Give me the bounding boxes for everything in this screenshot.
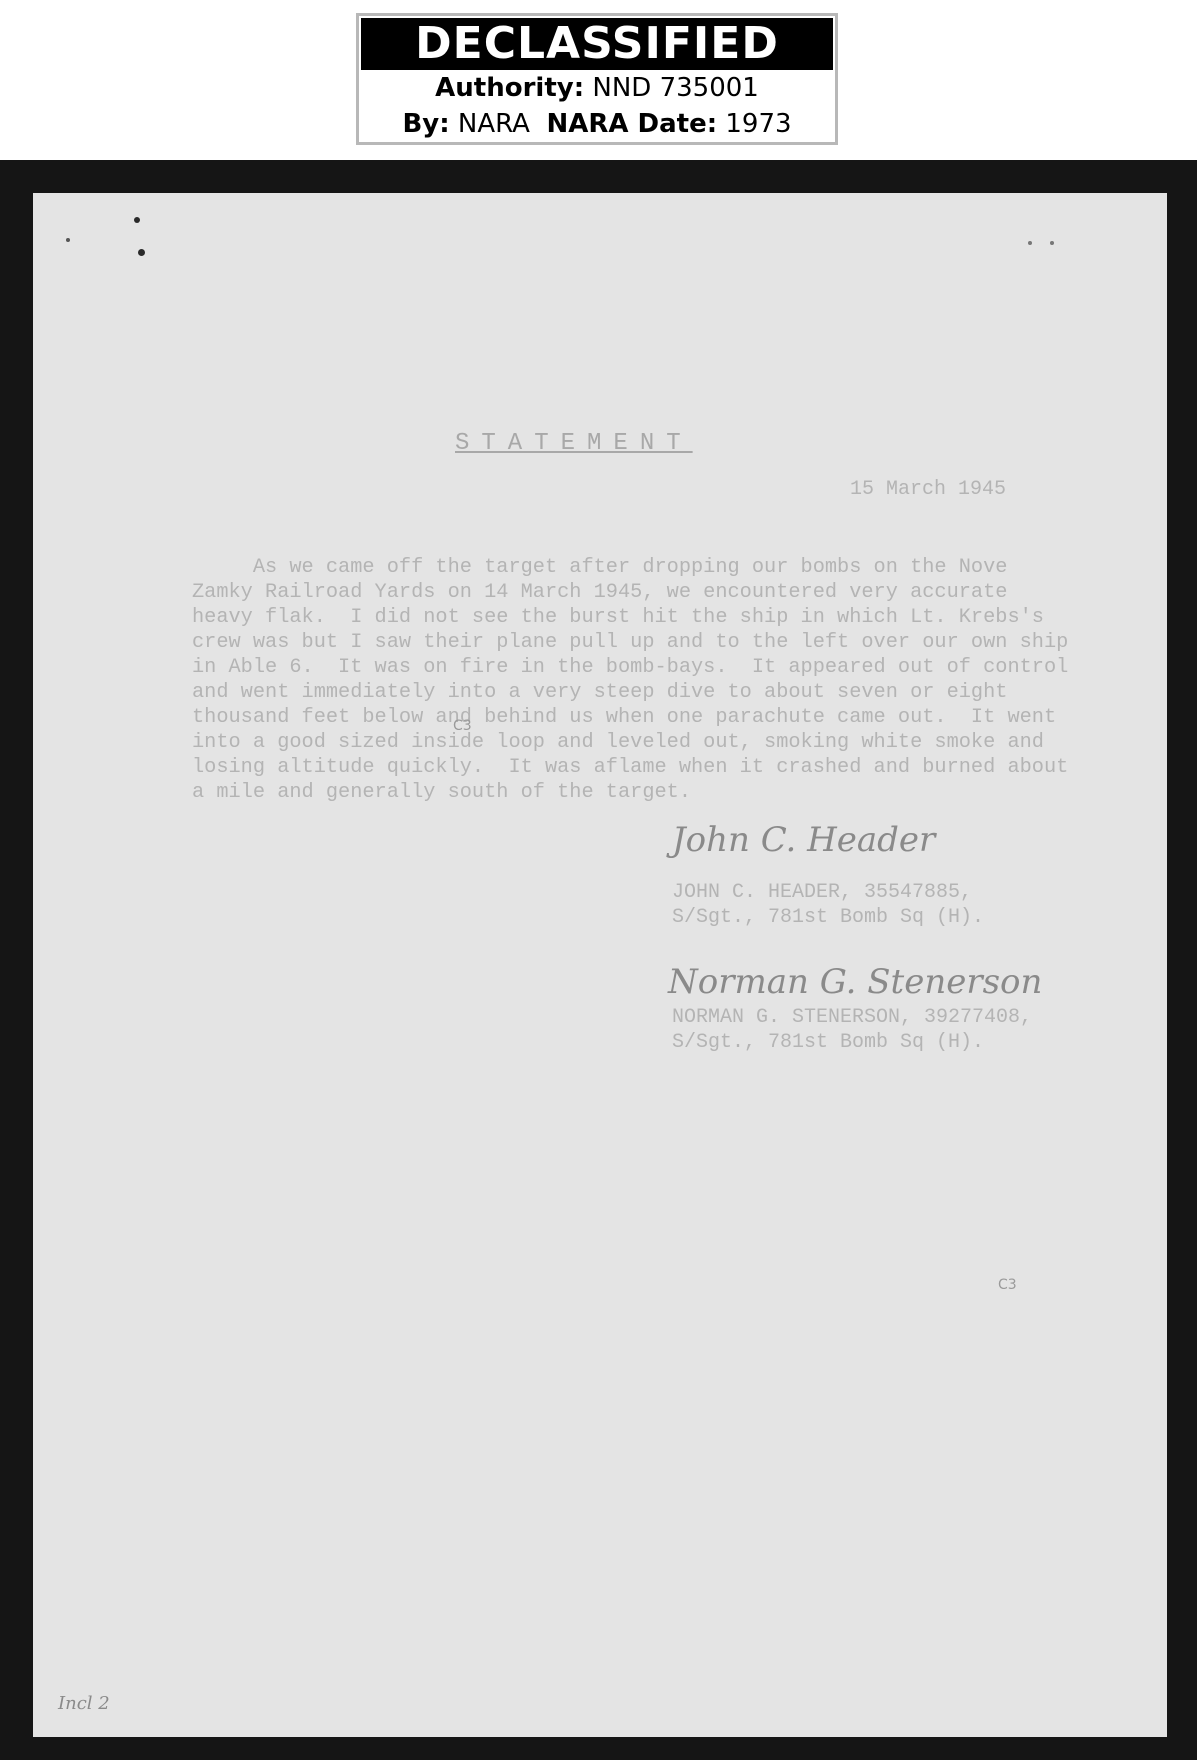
date-label: NARA Date:	[546, 109, 717, 139]
signature-block: NORMAN G. STENERSON, 39277408,S/Sgt., 78…	[672, 1005, 1032, 1055]
handwritten-signature: Norman G. Stenerson	[668, 962, 1042, 1002]
paragraph-line: in Able 6. It was on fire in the bomb-ba…	[192, 655, 1062, 680]
signer-rank-unit: S/Sgt., 781st Bomb Sq (H).	[672, 1030, 1032, 1055]
paragraph-line: Zamky Railroad Yards on 14 March 1945, w…	[192, 580, 1062, 605]
stamp-by-date: By: NARA NARA Date: 1973	[359, 106, 835, 142]
authority-value: NND 735001	[592, 73, 758, 103]
statement-paragraph: As we came off the target after dropping…	[192, 555, 1062, 805]
declassified-stamp: DECLASSIFIED Authority: NND 735001 By: N…	[356, 13, 838, 145]
by-value: NARA	[458, 109, 530, 139]
by-label: By:	[402, 109, 449, 139]
margin-annotation: Incl 2	[58, 1693, 110, 1714]
document-title: STATEMENT	[455, 430, 693, 457]
signature-block: JOHN C. HEADER, 35547885,S/Sgt., 781st B…	[672, 880, 984, 930]
authority-label: Authority:	[435, 73, 584, 103]
signer-rank-unit: S/Sgt., 781st Bomb Sq (H).	[672, 905, 984, 930]
speck	[1028, 241, 1032, 245]
initial-mark: C3	[453, 718, 472, 734]
paragraph-line: a mile and generally south of the target…	[192, 780, 1062, 805]
stamp-authority: Authority: NND 735001	[359, 70, 835, 106]
paragraph-line: into a good sized inside loop and levele…	[192, 730, 1062, 755]
stamp-header: DECLASSIFIED	[361, 18, 833, 70]
paragraph-line: losing altitude quickly. It was aflame w…	[192, 755, 1062, 780]
paragraph-line: crew was but I saw their plane pull up a…	[192, 630, 1062, 655]
handwritten-signature: John C. Header	[672, 820, 935, 860]
signer-name-serial: JOHN C. HEADER, 35547885,	[672, 880, 984, 905]
paragraph-line: thousand feet below and behind us when o…	[192, 705, 1062, 730]
paragraph-line: and went immediately into a very steep d…	[192, 680, 1062, 705]
speck	[1050, 241, 1054, 245]
date-value: 1973	[725, 109, 791, 139]
paragraph-line: As we came off the target after dropping…	[192, 555, 1062, 580]
document-date: 15 March 1945	[850, 478, 1006, 501]
paragraph-line: heavy flak. I did not see the burst hit …	[192, 605, 1062, 630]
initial-mark: C3	[998, 1277, 1017, 1293]
speck	[66, 238, 70, 242]
speck	[134, 217, 140, 223]
speck	[138, 249, 145, 256]
signer-name-serial: NORMAN G. STENERSON, 39277408,	[672, 1005, 1032, 1030]
